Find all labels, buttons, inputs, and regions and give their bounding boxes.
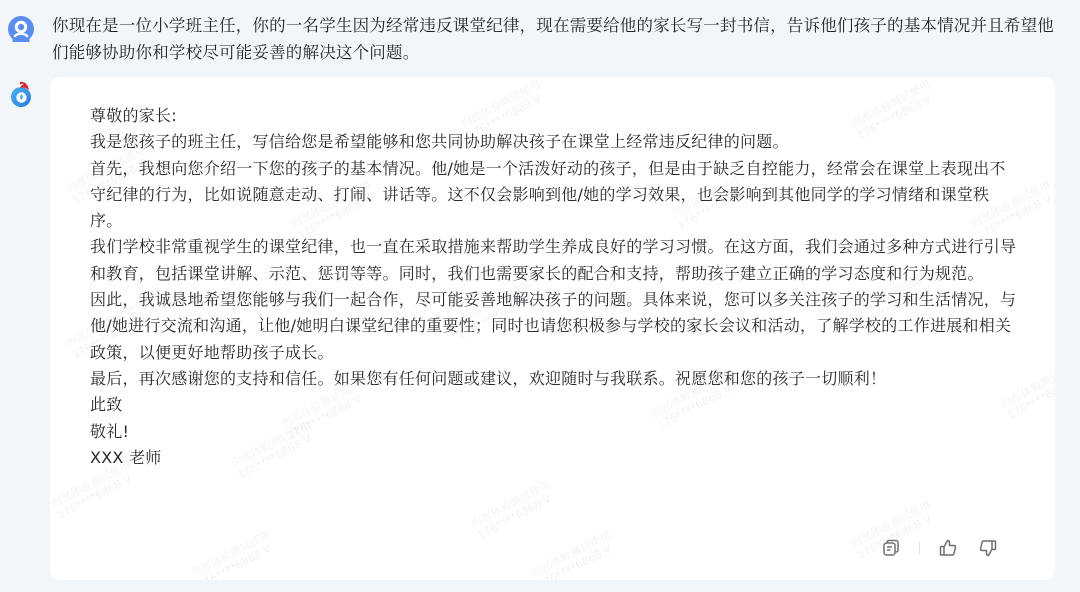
letter-salutation: 尊敬的家长:: [90, 103, 1020, 129]
letter-sign-off-2: 敬礼!: [90, 419, 1020, 445]
actions-divider: [919, 541, 920, 555]
copy-icon: [881, 538, 901, 558]
letter-paragraph-intro: 我是您孩子的班主任，写信给您是希望能够和您共同协助解决孩子在课堂上经常违反纪律的…: [90, 129, 1020, 155]
watermark: 内部体验测试使用176****6868 V: [529, 528, 619, 580]
letter-sign-off-1: 此致: [90, 392, 1020, 418]
user-prompt-text: 你现在是一位小学班主任，你的一名学生因为经常违反课堂纪律，现在需要给他的家长写一…: [52, 12, 1062, 66]
thumbs-down-icon: [978, 538, 998, 558]
like-button[interactable]: [936, 536, 960, 560]
assistant-logo-icon: [9, 78, 35, 108]
watermark: 内部体验测试使用176****6868 V: [469, 478, 559, 542]
letter-paragraph-closing: 最后，再次感谢您的支持和信任。如果您有任何问题或建议，欢迎随时与我联系。祝愿您和…: [90, 366, 1020, 392]
letter-paragraph-situation: 首先，我想向您介绍一下您的孩子的基本情况。他/她是一个活泼好动的孩子，但是由于缺…: [90, 156, 1020, 235]
response-actions: [879, 536, 1000, 560]
letter-signature: XXX 老师: [90, 445, 1020, 471]
watermark: 内部体验测试使用176****6868 V: [189, 528, 279, 580]
user-avatar-icon: [8, 16, 34, 42]
assistant-response-card: 内部体验测试使用176****6868 V 内部体验测试使用176****686…: [50, 77, 1055, 580]
letter-paragraph-school: 我们学校非常重视学生的课堂纪律，也一直在采取措施来帮助学生养成良好的学习习惯。在…: [90, 234, 1020, 287]
dislike-button[interactable]: [976, 536, 1000, 560]
copy-button[interactable]: [879, 536, 903, 560]
thumbs-up-icon: [938, 538, 958, 558]
letter-paragraph-request: 因此，我诚恳地希望您能够与我们一起合作，尽可能妥善地解决孩子的问题。具体来说，您…: [90, 287, 1020, 366]
letter-body: 尊敬的家长: 我是您孩子的班主任，写信给您是希望能够和您共同协助解决孩子在课堂上…: [90, 103, 1020, 471]
